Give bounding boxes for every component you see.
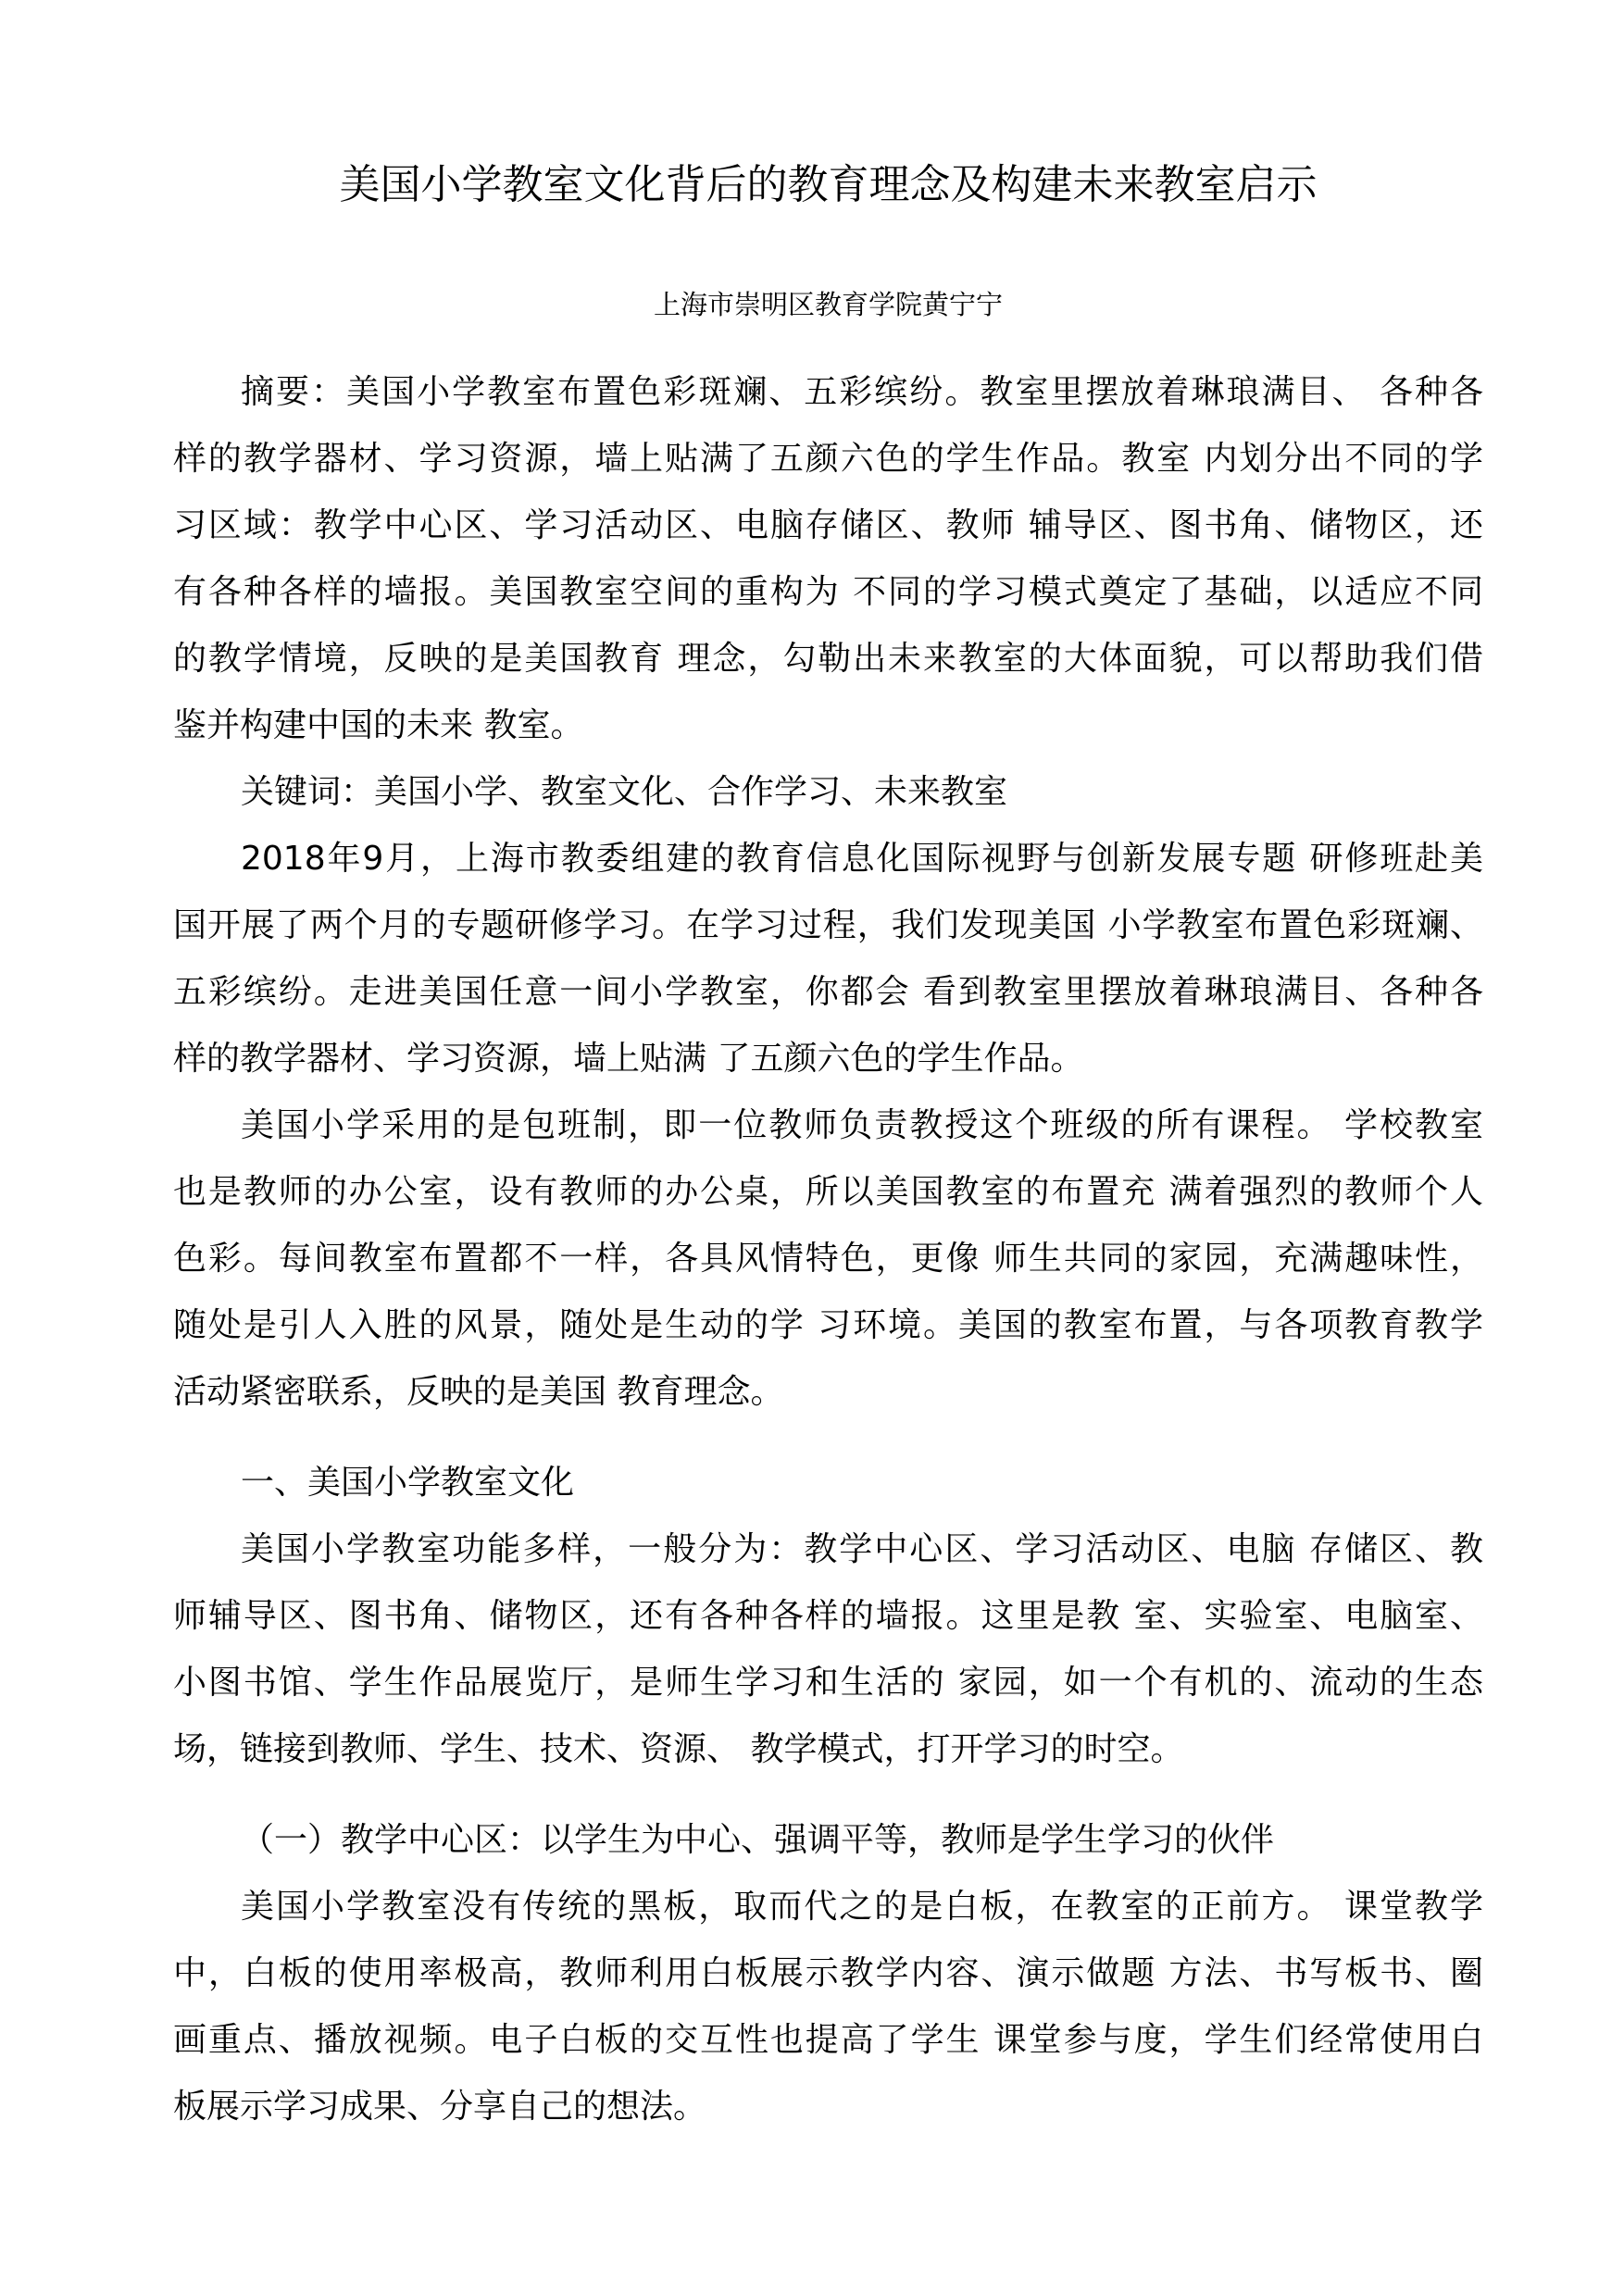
paragraph: 美国小学采用的是包班制，即一位教师负责教授这个班级的所有课程。 学校教室也是教师… — [173, 1092, 1483, 1426]
document-title: 美国小学教室文化背后的教育理念及构建未来教室启示 — [173, 157, 1483, 213]
document-content: 美国小学教室文化背后的教育理念及构建未来教室启示 上海市崇明区教育学院黄宁宁 摘… — [173, 0, 1483, 2140]
text-line: 活动紧密联系，反映的是美国 教育理念。 — [173, 1359, 1483, 1426]
document-body: 摘要：美国小学教室布置色彩斑斓、五彩缤纷。教室里摆放着琳琅满目、 各种各样的教学… — [173, 359, 1483, 2140]
heading-line: 一、美国小学教室文化 — [173, 1450, 1483, 1516]
text-line: 师辅导区、图书角、储物区，还有各种各样的墙报。这里是教 室、实验室、电脑室、 — [173, 1583, 1483, 1650]
text-line: 色彩。每间教室布置都不一样，各具风情特色，更像 师生共同的家园，充满趣味性， — [173, 1226, 1483, 1292]
paragraph: 摘要：美国小学教室布置色彩斑斓、五彩缤纷。教室里摆放着琳琅满目、 各种各样的教学… — [173, 359, 1483, 759]
text-line: 场，链接到教师、学生、技术、资源、 教学模式，打开学习的时空。 — [173, 1716, 1483, 1783]
text-line: 美国小学教室功能多样，一般分为：教学中心区、学习活动区、电脑 存储区、教 — [173, 1516, 1483, 1583]
text-line: 习区域：教学中心区、学习活动区、电脑存储区、教师 辅导区、图书角、储物区，还 — [173, 493, 1483, 559]
document-page: 美国小学教室文化背后的教育理念及构建未来教室启示 上海市崇明区教育学院黄宁宁 摘… — [0, 0, 1624, 2295]
document-author: 上海市崇明区教育学院黄宁宁 — [173, 285, 1483, 324]
text-line: 美国小学教室没有传统的黑板，取而代之的是白板，在教室的正前方。 课堂教学 — [173, 1874, 1483, 1940]
text-line: 样的教学器材、学习资源，墙上贴满 了五颜六色的学生作品。 — [173, 1026, 1483, 1092]
text-line: 也是教师的办公室，设有教师的办公桌，所以美国教室的布置充 满着强烈的教师个人 — [173, 1159, 1483, 1226]
paragraph: 美国小学教室没有传统的黑板，取而代之的是白板，在教室的正前方。 课堂教学中，白板… — [173, 1874, 1483, 2140]
text-line: 2018年9月，上海市教委组建的教育信息化国际视野与创新发展专题 研修班赴美 — [173, 826, 1483, 892]
text-line: 关键词：美国小学、教室文化、合作学习、未来教室 — [173, 759, 1483, 826]
text-line: 国开展了两个月的专题研修学习。在学习过程，我们发现美国 小学教室布置色彩斑斓、 — [173, 892, 1483, 959]
paragraph: 关键词：美国小学、教室文化、合作学习、未来教室 — [173, 759, 1483, 826]
text-line: 有各种各样的墙报。美国教室空间的重构为 不同的学习模式奠定了基础，以适应不同 — [173, 559, 1483, 626]
text-line: 摘要：美国小学教室布置色彩斑斓、五彩缤纷。教室里摆放着琳琅满目、 各种各 — [173, 359, 1483, 426]
paragraph: 美国小学教室功能多样，一般分为：教学中心区、学习活动区、电脑 存储区、教师辅导区… — [173, 1516, 1483, 1783]
section-heading: （一）教学中心区：以学生为中心、强调平等，教师是学生学习的伙伴 — [173, 1807, 1483, 1874]
text-line: 美国小学采用的是包班制，即一位教师负责教授这个班级的所有课程。 学校教室 — [173, 1092, 1483, 1159]
text-line: 板展示学习成果、分享自己的想法。 — [173, 2074, 1483, 2140]
paragraph: 2018年9月，上海市教委组建的教育信息化国际视野与创新发展专题 研修班赴美国开… — [173, 826, 1483, 1092]
text-line: 五彩缤纷。走进美国任意一间小学教室，你都会 看到教室里摆放着琳琅满目、各种各 — [173, 959, 1483, 1026]
section-heading: 一、美国小学教室文化 — [173, 1450, 1483, 1516]
text-line: 的教学情境，反映的是美国教育 理念，勾勒出未来教室的大体面貌，可以帮助我们借 — [173, 626, 1483, 692]
heading-line: （一）教学中心区：以学生为中心、强调平等，教师是学生学习的伙伴 — [173, 1807, 1483, 1874]
text-line: 小图书馆、学生作品展览厅，是师生学习和生活的 家园，如一个有机的、流动的生态 — [173, 1650, 1483, 1716]
text-line: 样的教学器材、学习资源，墙上贴满了五颜六色的学生作品。教室 内划分出不同的学 — [173, 426, 1483, 493]
text-line: 鉴并构建中国的未来 教室。 — [173, 692, 1483, 759]
text-line: 随处是引人入胜的风景，随处是生动的学 习环境。美国的教室布置，与各项教育教学 — [173, 1292, 1483, 1359]
text-line: 画重点、播放视频。电子白板的交互性也提高了学生 课堂参与度，学生们经常使用白 — [173, 2007, 1483, 2074]
text-line: 中，白板的使用率极高，教师利用白板展示教学内容、演示做题 方法、书写板书、圈 — [173, 1940, 1483, 2007]
